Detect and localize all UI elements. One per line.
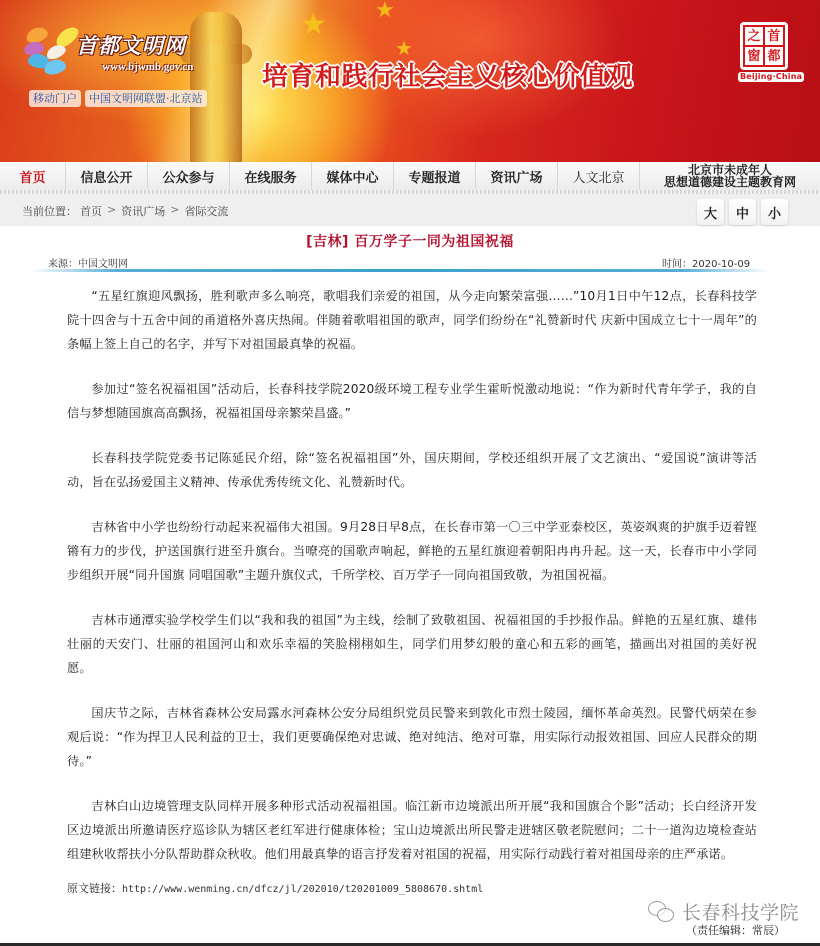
huabiao-column: [190, 12, 242, 165]
article-body: “五星红旗迎风飘扬，胜利歌声多么响亮，歌唱我们亲爱的祖国，从今走向繁荣富强……”…: [67, 284, 757, 866]
site-url: www.bjwmb.gov.cn: [102, 61, 193, 73]
capital-window-seal: 之 首 窗 都: [740, 22, 788, 70]
seal-char: 窗: [745, 47, 763, 65]
font-size-small-button[interactable]: 小: [761, 199, 788, 225]
article-title: [吉林] 百万学子一同为祖国祝福: [0, 231, 820, 251]
wechat-watermark: 长春科技学院: [648, 898, 799, 925]
nav-item-home[interactable]: 首页: [0, 162, 66, 190]
site-name: 首都文明网: [76, 30, 186, 60]
wechat-icon: [648, 901, 676, 923]
title-divider: [30, 269, 770, 272]
flag-star-icon: ★: [375, 0, 395, 22]
article-paragraph: 参加过“签名祝福祖国”活动后，长春科技学院2020级环境工程专业学生霍昕悦激动地…: [67, 377, 757, 425]
banner-slogan: 培育和践行社会主义核心价值观: [262, 56, 633, 93]
original-source-link: 原文链接：http://www.wenming.cn/dfcz/jl/20201…: [67, 880, 483, 896]
nav-item-cultural-beijing[interactable]: 人文北京: [558, 162, 640, 190]
source-link-label: 原文链接：: [67, 882, 122, 895]
nav-item-info-disclosure[interactable]: 信息公开: [66, 162, 148, 190]
seal-char: 首: [765, 27, 783, 45]
flag-star-icon: ★: [395, 38, 413, 58]
nav-item-media-center[interactable]: 媒体中心: [312, 162, 394, 190]
article-paragraph: 吉林省中小学也纷纷行动起来祝福伟大祖国。9月28日早8点，在长春市第一〇三中学亚…: [67, 515, 757, 587]
breadcrumb-separator: >: [170, 203, 179, 219]
mobile-portal-link[interactable]: 移动门户: [29, 90, 81, 107]
seal-char: 都: [765, 47, 783, 65]
wenming-alliance-link[interactable]: 中国文明网联盟·北京站: [85, 90, 207, 107]
article-source: 来源：中国文明网: [48, 255, 128, 270]
article-paragraph: 长春科技学院党委书记陈延民介绍，除“签名祝福祖国”外，国庆期间，学校还组织开展了…: [67, 446, 757, 494]
source-link-url[interactable]: http://www.wenming.cn/dfcz/jl/202010/t20…: [122, 884, 483, 895]
seal-char: 之: [745, 27, 763, 45]
breadcrumb-interprovincial[interactable]: 省际交流: [184, 203, 228, 219]
nav-item-special-reports[interactable]: 专题报道: [394, 162, 476, 190]
article-paragraph: 国庆节之际，吉林省森林公安局露水河森林公安分局组织党员民警来到敦化市烈士陵园，缅…: [67, 701, 757, 773]
portal-links: 移动门户 中国文明网联盟·北京站: [29, 90, 207, 107]
article-paragraph: 吉林市通潭实验学校学生们以“我和我的祖国”为主线，绘制了致敬祖国、祝福祖国的手抄…: [67, 608, 757, 680]
flag-star-icon: ★: [300, 10, 327, 40]
responsible-editor: （责任编辑：常辰）: [686, 922, 785, 938]
font-size-medium-button[interactable]: 中: [729, 199, 756, 225]
breadcrumb-prefix: 当前位置：: [22, 203, 77, 219]
article-time: 时间：2020-10-09: [662, 255, 750, 270]
nav-item-news-plaza[interactable]: 资讯广场: [476, 162, 558, 190]
site-banner: ★ ★ ★ ★ 首都文明网 www.bjwmb.gov.cn 移动门户 中国文明…: [0, 0, 820, 165]
article-paragraph: 吉林白山边境管理支队同样开展多种形式活动祝福祖国。临江新市边境派出所开展“我和国…: [67, 794, 757, 866]
seal-caption: Beijing·China: [738, 72, 804, 82]
font-size-controls: 大 中 小: [697, 199, 788, 225]
breadcrumb: 当前位置： 首页 > 资讯广场 > 省际交流: [22, 203, 228, 219]
nav-special-line2: 思想道德建设主题教育网: [664, 176, 796, 188]
font-size-large-button[interactable]: 大: [697, 199, 724, 225]
site-logo[interactable]: 首都文明网 www.bjwmb.gov.cn: [24, 24, 194, 84]
nav-item-online-services[interactable]: 在线服务: [230, 162, 312, 190]
nav-item-minors-education[interactable]: 北京市未成年人 思想道德建设主题教育网: [640, 162, 820, 190]
nav-item-public-participation[interactable]: 公众参与: [148, 162, 230, 190]
breadcrumb-home[interactable]: 首页: [80, 203, 102, 219]
main-nav: 首页 信息公开 公众参与 在线服务 媒体中心 专题报道 资讯广场 人文北京 北京…: [0, 162, 820, 190]
watermark-text: 长春科技学院: [682, 898, 799, 925]
article-paragraph: “五星红旗迎风飘扬，胜利歌声多么响亮，歌唱我们亲爱的祖国，从今走向繁荣富强……”…: [67, 284, 757, 356]
breadcrumb-news-plaza[interactable]: 资讯广场: [121, 203, 165, 219]
breadcrumb-separator: >: [107, 203, 116, 219]
